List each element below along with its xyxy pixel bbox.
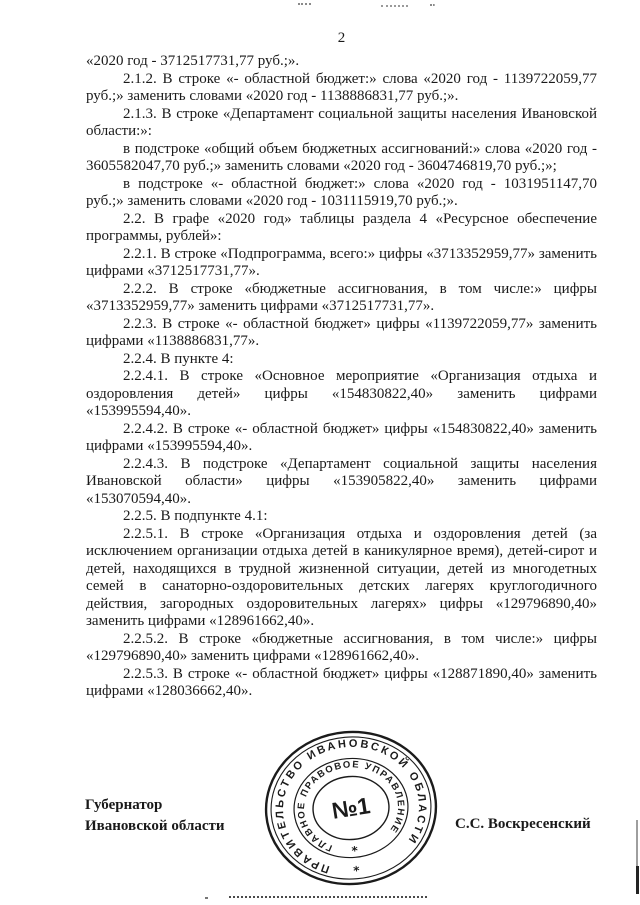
paragraph: 2.1.2. В строке «- областной бюджет:» сл… bbox=[86, 71, 597, 106]
paragraph: «2020 год - 3712517731,77 руб.;». bbox=[86, 53, 597, 71]
scan-artifact-top bbox=[430, 4, 435, 6]
document-page: 2 «2020 год - 3712517731,77 руб.;». 2.1.… bbox=[0, 0, 640, 905]
scan-artifact-top bbox=[381, 5, 408, 7]
paragraph: 2.2.2. В строке «бюджетные ассигнования,… bbox=[86, 281, 597, 316]
stamp-star-outer: * bbox=[353, 863, 361, 878]
stamp-star-inner: * bbox=[351, 844, 359, 859]
scan-artifact-bottom bbox=[205, 897, 208, 899]
scan-artifact-right-edge bbox=[636, 866, 639, 894]
paragraph: 2.2.4. В пункте 4: bbox=[86, 351, 597, 369]
scan-artifact-right-edge bbox=[636, 820, 638, 866]
paragraph: 2.2.4.3. В подстроке «Департамент социал… bbox=[86, 456, 597, 509]
paragraph: 2.1.3. В строке «Департамент социальной … bbox=[86, 106, 597, 141]
official-stamp: ПРАВИТЕЛЬСТВО ИВАНОВСКОЙ ОБЛАСТИ ГЛАВНОЕ… bbox=[263, 729, 439, 893]
paragraph: 2.2.5.3. В строке «- областной бюджет» ц… bbox=[86, 666, 597, 701]
paragraph: 2.2.1. В строке «Подпрограмма, всего:» ц… bbox=[86, 246, 597, 281]
document-body: «2020 год - 3712517731,77 руб.;». 2.1.2.… bbox=[86, 53, 597, 701]
scan-artifact-top bbox=[298, 3, 311, 5]
page-number: 2 bbox=[86, 30, 597, 46]
stamp-number: №1 bbox=[330, 792, 372, 824]
paragraph: в подстроке «- областной бюджет:» слова … bbox=[86, 176, 597, 211]
paragraph: в подстроке «общий объем бюджетных ассиг… bbox=[86, 141, 597, 176]
paragraph: 2.2.4.1. В строке «Основное мероприятие … bbox=[86, 368, 597, 421]
paragraph: 2.2.5.2. В строке «бюджетные ассигновани… bbox=[86, 631, 597, 666]
paragraph: 2.2.5. В подпункте 4.1: bbox=[86, 508, 597, 526]
paragraph: 2.2.3. В строке «- областной бюджет» циф… bbox=[86, 316, 597, 351]
scan-artifact-bottom bbox=[229, 896, 427, 898]
paragraph: 2.2.5.1. В строке «Организация отдыха и … bbox=[86, 526, 597, 631]
paragraph: 2.2. В графе «2020 год» таблицы раздела … bbox=[86, 211, 597, 246]
paragraph: 2.2.4.2. В строке «- областной бюджет» ц… bbox=[86, 421, 597, 456]
signature-title: Губернатор Ивановской области bbox=[85, 795, 225, 836]
signatory-name: С.С. Воскресенский bbox=[455, 816, 591, 833]
